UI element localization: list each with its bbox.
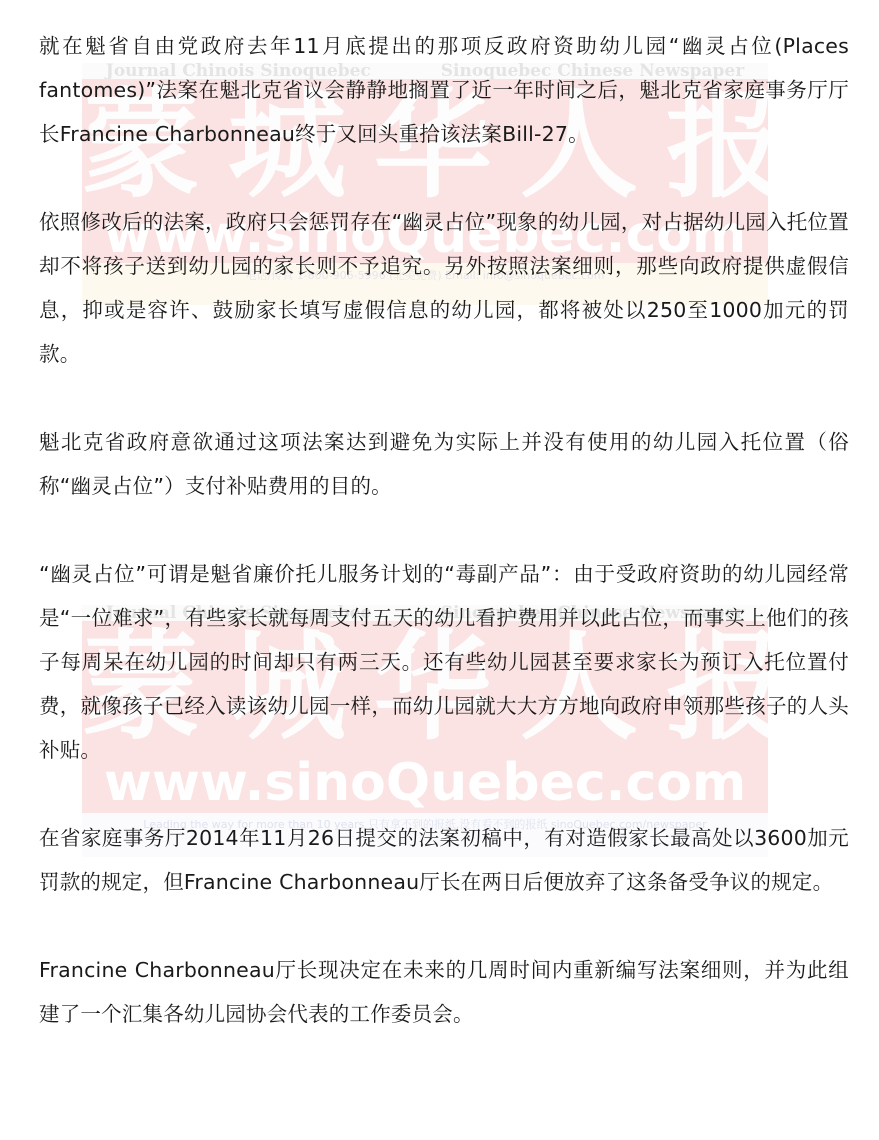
article-paragraph-2: 依照修改后的法案，政府只会惩罚存在“幽灵占位”现象的幼儿园，对占据幼儿园入托位置… (39, 200, 849, 376)
article-paragraph-5: 在省家庭事务厅2014年11月26日提交的法案初稿中，有对造假家长最高处以360… (39, 816, 849, 904)
article-paragraph-1: 就在魁省自由党政府去年11月底提出的那项反政府资助幼儿园“幽灵占位(Places… (39, 24, 849, 156)
article-paragraph-4: “幽灵占位”可谓是魁省廉价托儿服务计划的“毒副产品”：由于受政府资助的幼儿园经常… (39, 552, 849, 772)
article-paragraph-6: Francine Charbonneau厅长现决定在未来的几周时间内重新编写法案… (39, 948, 849, 1036)
article-paragraph-3: 魁北克省政府意欲通过这项法案达到避免为实际上并没有使用的幼儿园入托位置（俗称“幽… (39, 420, 849, 508)
article-body: 就在魁省自由党政府去年11月底提出的那项反政府资助幼儿园“幽灵占位(Places… (39, 24, 849, 1036)
